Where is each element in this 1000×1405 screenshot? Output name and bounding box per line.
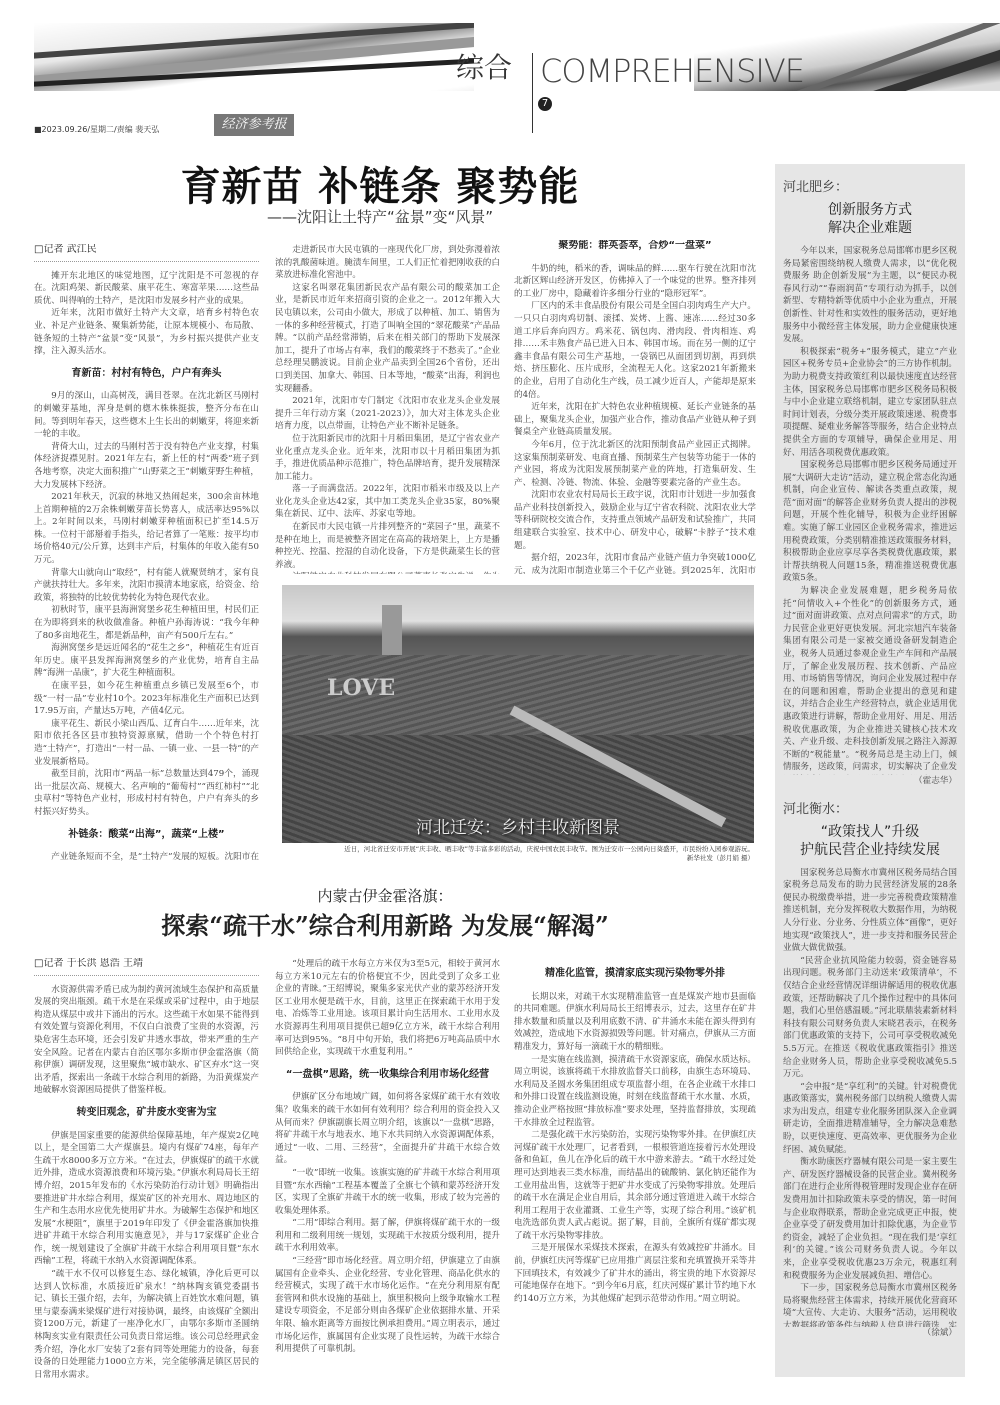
article2-column-1: □记者 于长洪 恩浩 王靖 水资源供需矛盾已成为制约黄河流域生态保护和高质量发展… [34, 958, 259, 1378]
paragraph: “疏干水不仅可以修复生态、绿化城镇，净化后更可以达到人饮标准，水质接近矿泉水！”… [34, 1268, 259, 1378]
paragraph: 背倚大山，过去的马刚村苦于没有特色产业支撑，村集体经济捉襟见肘。2021年左右，… [34, 441, 259, 491]
paragraph: 初秋时节，康平县海洲窝堡乡花生种植田里，村民们正在为即将到来的秋收做准备。种植户… [34, 604, 259, 642]
article2-column-2: “处理后的疏干水每立方米仅为3至5元，相较于黄河水每立方米10元左右的价格便宜不… [275, 958, 500, 1378]
article1-headline: 育新苗 补链条 聚势能 [150, 155, 610, 212]
paragraph: 在康平县，如今花生种植重点乡镇已发展至6个，市级“一村一品”专业村10个。202… [34, 680, 259, 718]
paragraph: 2021年秋天，沉寂的林地又热闹起来，300余亩林地上首期种植的2万余株刺嫩芽苗… [34, 491, 259, 567]
article2-byline: □记者 于长洪 恩浩 王靖 [34, 958, 259, 976]
sidebar-story1-body: 今年以来，国家税务总局邯郸市肥乡区税务局紧密围绕纳税人缴费人需求，以“优化税费服… [783, 245, 957, 775]
paragraph: “民营企业抗风险能力较弱，资金链容易出现问题。税务部门主动送来‘政策清单’，不仅… [783, 955, 957, 1081]
paragraph: 伊旗矿区分布地域广阔，如何将各家煤矿疏干水有效收集？收集来的疏干水如何有效利用？… [275, 1091, 500, 1167]
paragraph: “二用”即综合利用。据了解，伊旗将煤矿疏干水的一级利用和二级利用统一规划，实现疏… [275, 1217, 500, 1255]
paragraph: 近年来，沈阳市做好土特产大文章，培育乡村特色农业、补足产业链条、聚集新势能，让原… [34, 307, 259, 357]
photo-caption: 近日，河北省迁安市开展“庆丰收、晒丰收”等丰富多彩的活动，庆祝中国农民丰收节。图… [282, 845, 754, 863]
paragraph: 一是实施在线监测，摸清疏干水资源家底，确保水质达标。周立明说，该旗将疏干水排放监… [514, 1054, 756, 1130]
sidebar-story2-title: “政策找人”升级 护航民营企业持续发展 [783, 823, 957, 859]
paragraph: 走进新民市大民屯镇的一座现代化厂房，到处弥漫着浓浓的乳酸菌味道。腌渍车间里，工人… [275, 244, 500, 282]
title-line: “政策找人”升级 [783, 823, 957, 841]
paragraph: “三经营”即市场化经营。周立明介绍，伊旗建立了由旗属国有企业牵头、企业化经营、专… [275, 1255, 500, 1356]
paragraph: 海洲窝堡乡是远近闻名的“花生之乡”，种植花生有近百年历史。康平县发挥海洲窝堡乡的… [34, 642, 259, 680]
paragraph: 近年来，沈阳在扩大特色农业种植规模、延长产业链条的基础上，聚集龙头企业，加强产业… [514, 401, 756, 439]
paragraph: 康平花生、新民小梁山西瓜、辽育白牛……近年来，沈阳市依托各区县市独特资源禀赋，借… [34, 718, 259, 768]
paragraph: 下一步，国家税务总局衡水市冀州区税务局将聚焦经营主体需求，持续开展优化营商环境“… [783, 1282, 957, 1326]
paragraph: 伊旗是国家重要的能源供给保障基地，年产煤炭2亿吨以上，是全国第二大产煤旗县。境内… [34, 1130, 259, 1269]
photo-overlay-title: 河北迁安：乡村丰收新图景 [282, 813, 754, 838]
article1-section2-title: 补链条：酸菜“出海”，蔬菜“上楼” [34, 829, 259, 842]
photo-credit: 新华社发（彭月娟 摄） [282, 854, 754, 863]
section-divider [532, 53, 533, 133]
sidebar-story1-kicker: 河北肥乡： [783, 176, 957, 195]
paragraph: 产业链条短而不全，是“土特产”发展的短板。沈阳市在发展特色产业的同时，着力招商引… [34, 851, 259, 864]
article2-kicker: 内蒙古伊金霍洛旗： [150, 885, 620, 906]
paragraph: 2021年，沈阳市专门制定《沈阳市农业龙头企业发展提升三年行动方案（2021-2… [275, 395, 500, 433]
caption-text: 近日，河北省迁安市开展“庆丰收、晒丰收”等丰富多彩的活动，庆祝中国农民丰收节。图… [282, 845, 754, 854]
paragraph: “会申报”是“享红利”的关键。针对税费优惠政策落实，冀州税务部门以纳税人缴费人需… [783, 1081, 957, 1157]
paragraph: 沈阳市农业农村局局长王政宇说，沈阳市计划进一步加强食品产业科技创新投入，鼓励企业… [514, 489, 756, 552]
paragraph: 截至目前，沈阳市“两品一标”总数量达到479个，涌现出一批层次高、规模大、名声响… [34, 768, 259, 818]
section-title-en: COMPREHENSIVE [540, 52, 804, 90]
paragraph: 国家税务总局邯郸市肥乡区税务局通过开展“大调研大走访”活动，建立税企常态化沟通机… [783, 459, 957, 585]
sidebar-story1-sign: （霍志华） [783, 775, 957, 788]
masthead-banner [34, 23, 1000, 91]
article1-column-3: 聚势能：群英荟萃，合炒“一盘菜” 牛奶的纯，稻米的香，调味品的鲜……驱车行驶在沈… [514, 240, 756, 574]
paragraph: 国家税务总局衡水市冀州区税务局结合国家税务总局发布的助力民营经济发展的28条便民… [783, 867, 957, 955]
paragraph: 衡水助康医疗器械有限公司是一家主要生产、研发医疗器械设备的民营企业。冀州税务部门… [783, 1156, 957, 1282]
paragraph: 今年以来，国家税务总局邯郸市肥乡区税务局紧密围绕纳税人缴费人需求，以“优化税费服… [783, 245, 957, 346]
paragraph: 背靠大山就向山“取经”，村有能人就聚贤纳才，家有良产就扶持壮大。多年来，沈阳市摸… [34, 567, 259, 605]
paragraph: 落一子而满盘活。2022年，沈阳市稻米市级及以上产业化龙头企业达42家，其中加工… [275, 483, 500, 521]
sidebar-tax-news: 河北肥乡： 创新服务方式 解决企业难题 今年以来，国家税务总局邯郸市肥乡区税务局… [775, 164, 965, 1377]
sidebar-story1-title: 创新服务方式 解决企业难题 [783, 201, 957, 237]
sidebar-story2-sign: （徐斌） [783, 1327, 957, 1340]
paragraph: 三是开展保水采煤技术探索，在源头有效减控矿井涌水。目前，伊旗红庆河等煤矿已应用推… [514, 1242, 756, 1305]
paragraph: 摊开东北地区的味觉地图，辽宁沈阳是不可忽视的存在。沈阳鸡架、新民酸菜、康平花生、… [34, 270, 259, 308]
paragraph: 这家名叫翠花集团新民农产品有限公司的酸菜加工企业，是新民市近年来招商引资的企业之… [275, 282, 500, 395]
paragraph: 9月的深山，山高树茂，满目苍翠。在沈北新区马刚村的刺嫩芽基地，浑身是刺的楤木株株… [34, 390, 259, 440]
newspaper-logo: 经济参考报 [214, 114, 294, 136]
paragraph: 为解决企业发展难题，肥乡税务局依托“问情收入+个性化”的创新服务方式，通过“面对… [783, 585, 957, 775]
sidebar-story2-kicker: 河北衡水： [783, 798, 957, 817]
paragraph: 水资源供需矛盾已成为制约黄河流域生态保护和高质量发展的突出瓶颈。疏干水是在采煤或… [34, 984, 259, 1097]
paragraph: “处理后的疏干水每立方米仅为3至5元，相较于黄河水每立方米10元左右的价格便宜不… [275, 958, 500, 1059]
article1-subhead: ——沈阳让土特产“盆景”变“风景” [150, 206, 610, 227]
title-line: 创新服务方式 [783, 201, 957, 219]
paragraph: 在新民市大民屯镇一片排列整齐的“菜园子”里，蔬菜不是种在地上，而是被整齐固定在高… [275, 521, 500, 571]
article1-column-2: 走进新民市大民屯镇的一座现代化厂房，到处弥漫着浓浓的乳酸菌味道。腌渍车间里，工人… [275, 244, 500, 574]
news-photo: LOVE 河北迁安：乡村丰收新图景 [282, 585, 754, 843]
title-line: 护航民营企业持续发展 [783, 841, 957, 859]
paragraph: 厂区内的禾丰食品股份有限公司是全国白羽肉鸡生产大户。一只只白羽肉鸡切制、滚揉、炭… [514, 300, 756, 401]
paragraph: 位于沈阳新民市的沈阳十月稻田集团，是辽宁省农业产业化重点龙头企业。近年来，沈阳市… [275, 433, 500, 483]
sidebar-story2-body: 国家税务总局衡水市冀州区税务局结合国家税务总局发布的助力民营经济发展的28条便民… [783, 867, 957, 1327]
article1-byline: □记者 武江民 [34, 244, 259, 262]
article2-section2-title: “一盘棋”思路，统一收集综合利用市场化经营 [275, 1069, 500, 1082]
paragraph: 积极探索“税务+”服务模式，建立“产业园区+税务专员+企业协会”的三方协作机制。… [783, 346, 957, 459]
paragraph: 今年6月，位于沈北新区的沈阳预制食品产业园正式揭牌。这家集预制菜研发、电商直播、… [514, 439, 756, 489]
paragraph: 据介绍，2023年，沈阳市食品产业链产值力争突破1000亿元，成为沈阳市制造业第… [514, 552, 756, 574]
dateline: ■2023.09.26/星期二/责编 裴天弘 [34, 124, 159, 135]
article1-column-1: □记者 武江民 摊开东北地区的味觉地图，辽宁沈阳是不可忽视的存在。沈阳鸡架、新民… [34, 244, 259, 864]
paragraph: “一收”即统一收集。该旗实施的矿井疏干水综合利用项目暨“东水西输”工程基本覆盖了… [275, 1167, 500, 1217]
article2-headline: 探索“疏干水”综合利用新路 为发展“解渴” [150, 906, 620, 941]
article2-section3-title: 精准化监管，摸清家底实现污染物零外排 [514, 968, 756, 981]
windmill-shape [382, 605, 402, 655]
page-number: 7 [538, 97, 552, 111]
title-line: 解决企业难题 [783, 219, 957, 237]
section-title-cn: 综合 [456, 46, 512, 86]
article2-column-3: 精准化监管，摸清家底实现污染物零外排 长期以来，对疏干水实现精准监管一直是煤炭产… [514, 958, 756, 1378]
article1-section1-title: 育新苗：村村有特色，户户有奔头 [34, 368, 259, 381]
article1-section3-title: 聚势能：群英荟萃，合炒“一盘菜” [514, 240, 756, 253]
paragraph: 二是强化疏干水污染防治，实现污染物零外排。在伊旗红庆河煤矿疏干水处理厂，记者看到… [514, 1129, 756, 1242]
paragraph: 沈阳铁实农业科技发展有限公司董事长张宗生说，作为当地蔬菜龙头企业，企业不断探索数… [275, 571, 500, 574]
love-sign: LOVE [327, 675, 395, 701]
paragraph: 长期以来，对疏干水实现精准监管一直是煤炭产地市县面临的共同难题。伊旗水利局局长王… [514, 991, 756, 1054]
paragraph: 牛奶的纯，稻米的香，调味品的鲜……驱车行驶在沈阳市沈北新区辉山经济开发区，仿佛掉… [514, 263, 756, 301]
article2-section1-title: 转变旧观念，矿井废水变害为宝 [34, 1107, 259, 1120]
